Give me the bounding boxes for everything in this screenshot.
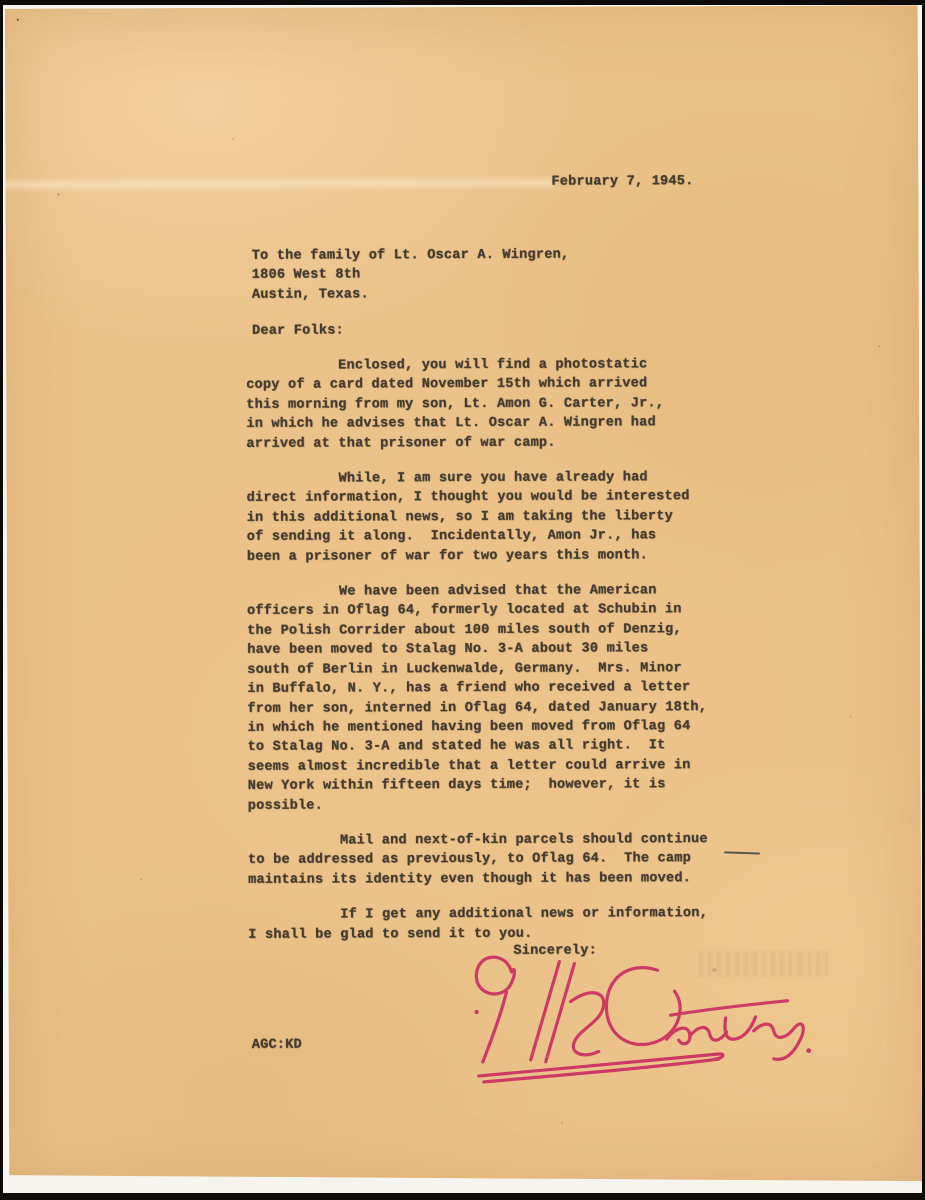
paper-light-streak [5,175,553,193]
paper-speckles [17,19,19,21]
text-line: from her son, interned in Oflag 64, date… [247,697,747,718]
text-line: While, I am sure you have already had [247,468,747,489]
letter-scan: February 7, 1945. To the family of Lt. O… [0,0,925,1200]
paragraph: Mail and next-of-kin parcels should cont… [248,830,748,890]
text-line: in Buffalo, N. Y., has a friend who rece… [247,678,747,699]
text-line: to Stalag No. 3-A and stated he was all … [248,736,748,757]
text-line: direct information, I thought you would … [247,487,747,508]
text-line: south of Berlin in Luckenwalde, Germany.… [247,659,747,680]
text-line: arrived at that prisoner of war camp. [246,433,746,454]
text-line: in this additional news, so I am taking … [247,507,747,528]
signature [456,938,867,1090]
text-line: seems almost incredible that a letter co… [248,756,748,777]
text-line: Austin, Texas. [252,284,570,305]
text-line: If I get any additional news or informat… [248,904,748,925]
text-line: to be addressed as previously, to Oflag … [248,849,748,870]
text-line: the Polish Corrider about 100 miles sout… [247,620,747,641]
text-line: have been moved to Stalag No. 3-A about … [247,639,747,660]
text-line: To the family of Lt. Oscar A. Wingren, [252,246,570,267]
text-line: been a prisoner of war for two years thi… [247,546,747,567]
paragraph: While, I am sure you have already haddir… [247,468,747,567]
text-line: New York within fifteen days time; howev… [248,775,748,796]
paragraph: Enclosed, you will find a photostaticcop… [246,355,746,454]
typist-initials: AGC:KD [252,1036,302,1056]
letter-paper: February 7, 1945. To the family of Lt. O… [5,5,923,1191]
text-line: of sending it along. Incidentally, Amon … [247,526,747,547]
date-line: February 7, 1945. [551,172,693,192]
text-line: We have been advised that the American [247,581,747,602]
salutation: Dear Folks: [252,321,344,341]
letter-body: Enclosed, you will find a photostaticcop… [246,355,748,961]
text-line: copy of a card dated November 15th which… [246,374,746,395]
text-line: in which he advises that Lt. Oscar A. Wi… [246,413,746,434]
text-line: possible. [248,794,748,815]
text-line: this morning from my son, Lt. Amon G. Ca… [246,394,746,415]
text-line: in which he mentioned having been moved … [247,717,747,738]
text-line: 1806 West 8th [252,265,570,286]
text-line: Enclosed, you will find a photostatic [246,355,746,376]
text-line: maintains its identity even though it ha… [248,869,748,890]
text-line: Mail and next-of-kin parcels should cont… [248,830,748,851]
text-line: officers in Oflag 64, formerly located a… [247,600,747,621]
paragraph: We have been advised that the Americanof… [247,581,748,816]
recipient-address: To the family of Lt. Oscar A. Wingren,18… [252,246,570,305]
